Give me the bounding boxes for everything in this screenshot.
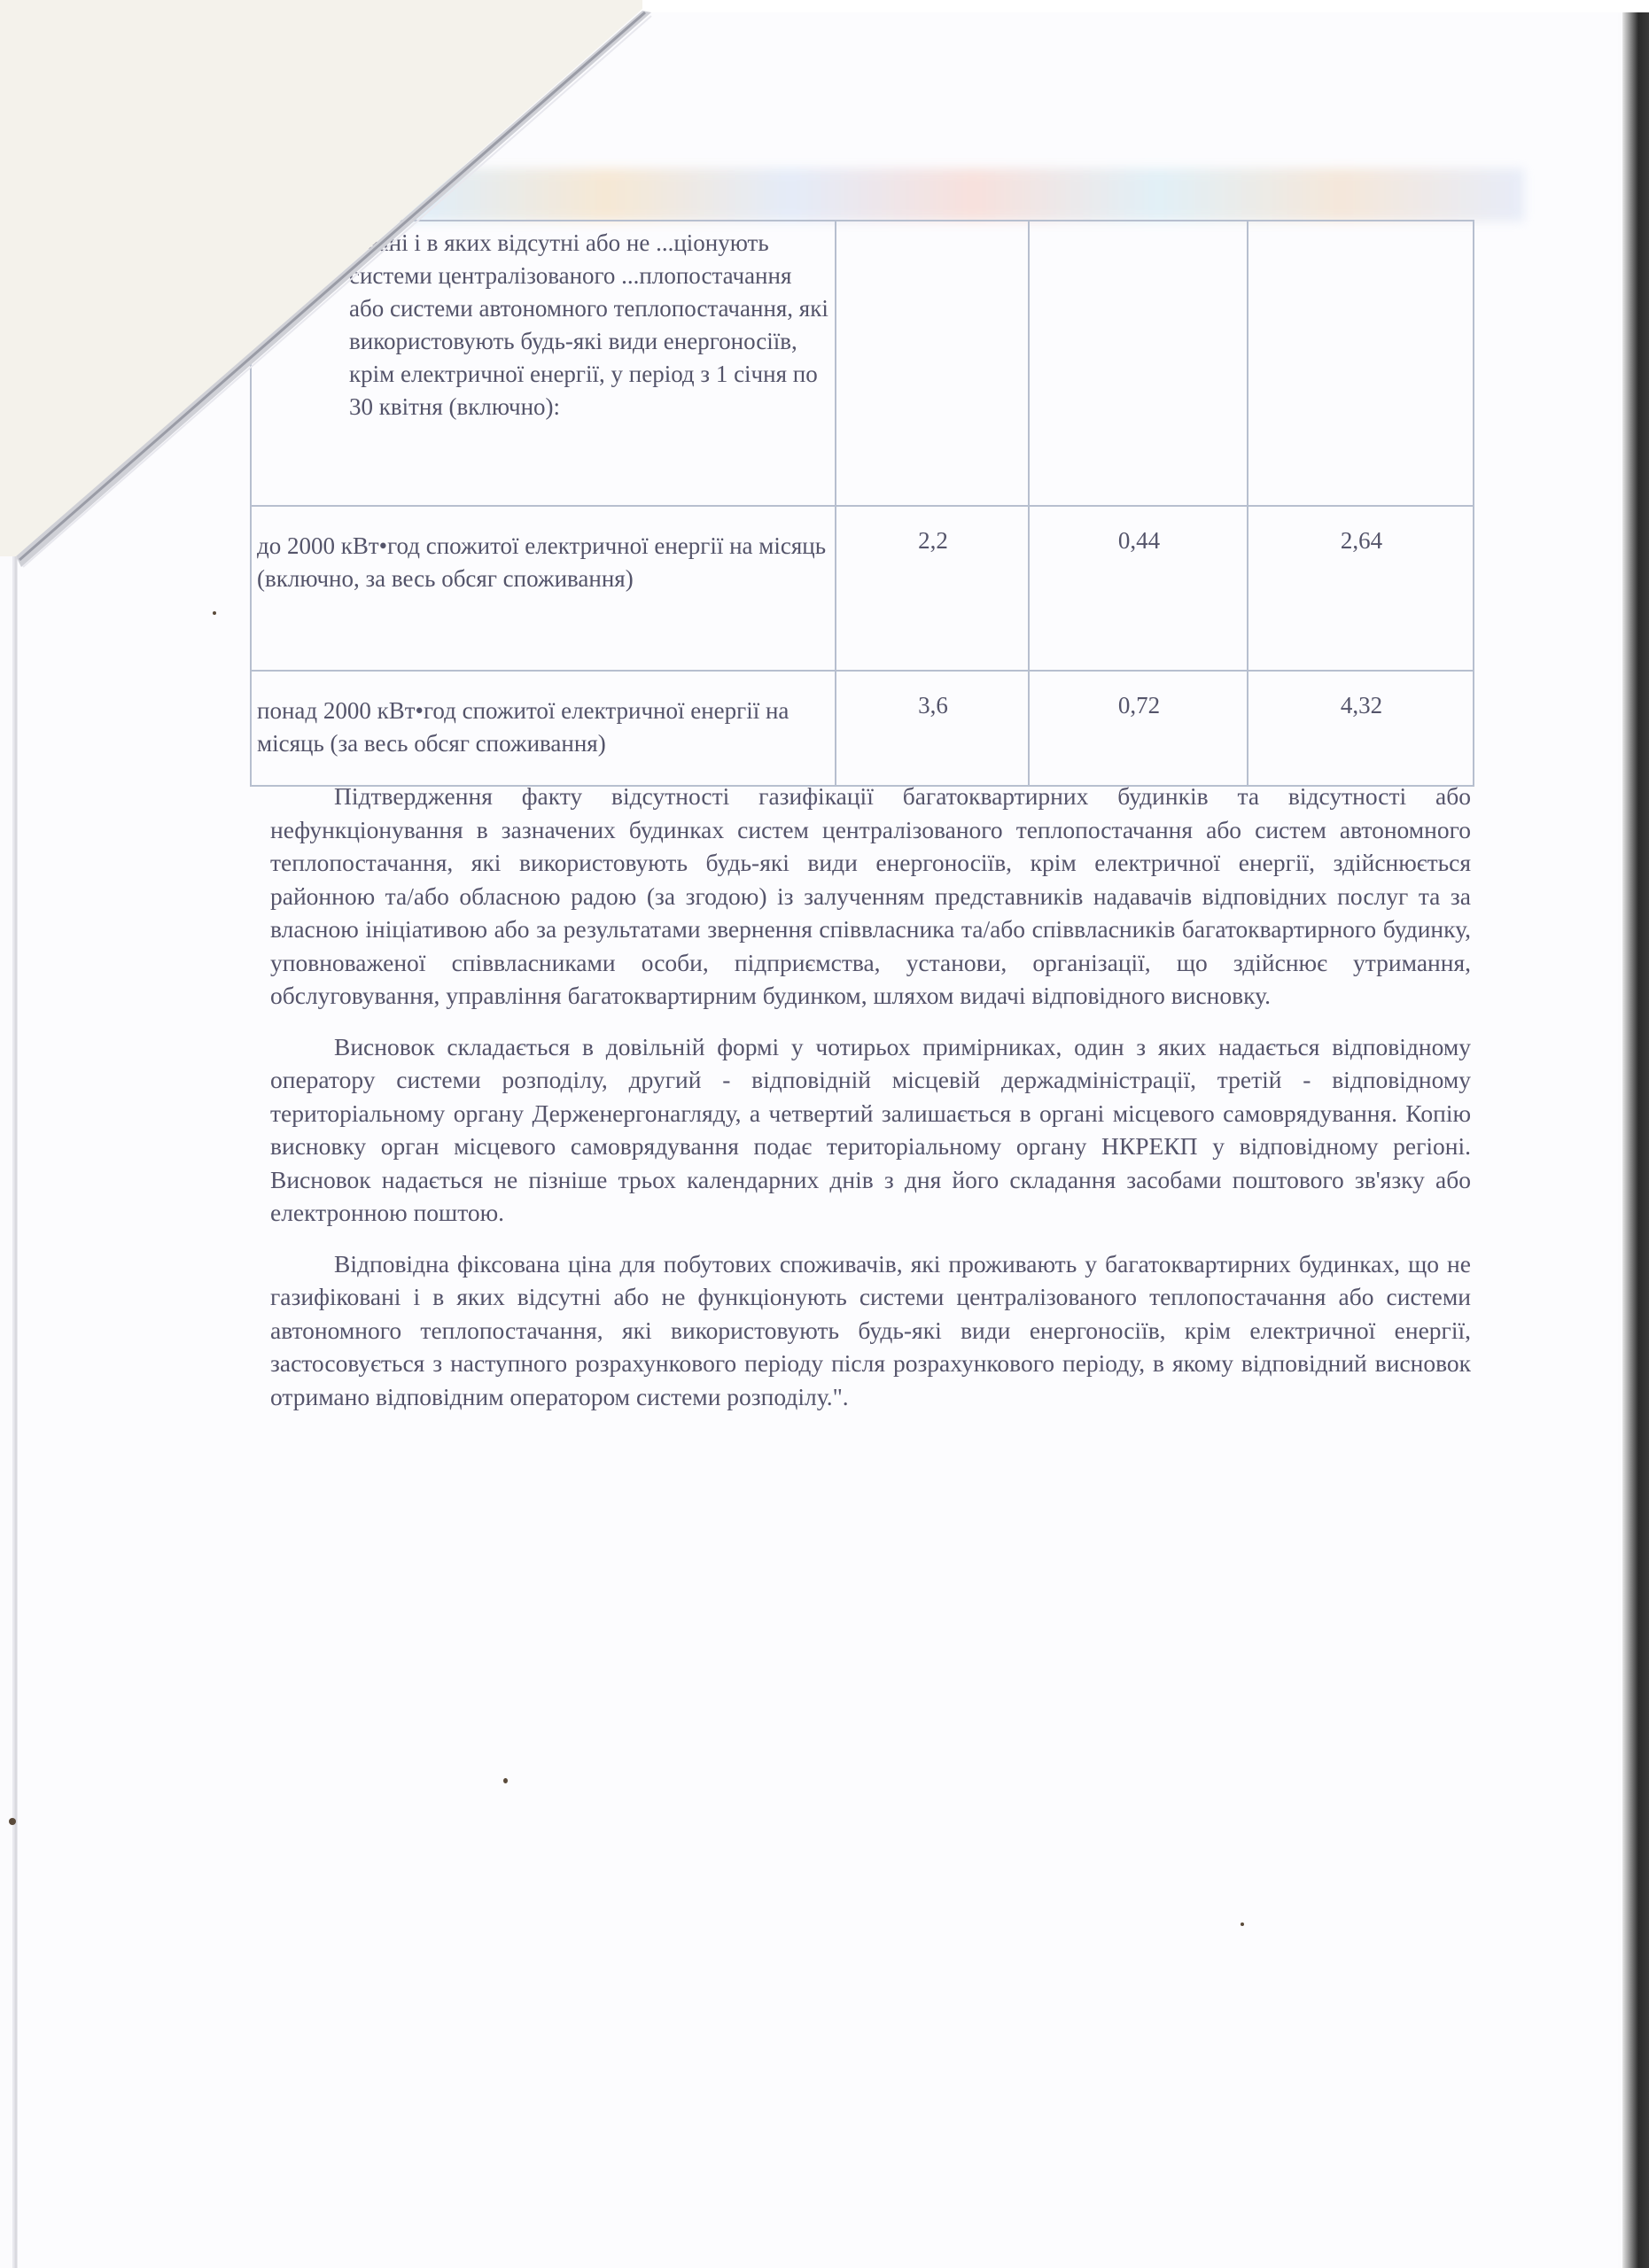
price-with-vat bbox=[1248, 221, 1474, 506]
table-row: до 2000 кВт•год спожитої електричної ене… bbox=[251, 506, 1474, 671]
print-through-band bbox=[239, 168, 1524, 221]
document-body: Підтвердження факту відсутності газифіка… bbox=[270, 780, 1471, 1431]
paragraph-confirmation: Підтвердження факту відсутності газифіка… bbox=[270, 780, 1471, 1013]
scanner-background-top bbox=[0, 0, 1649, 12]
scan-speck bbox=[9, 1818, 16, 1825]
vat-amount bbox=[1029, 221, 1248, 506]
vat-amount: 0,44 bbox=[1029, 506, 1248, 671]
vat-amount: 0,72 bbox=[1029, 671, 1248, 786]
price-without-vat bbox=[836, 221, 1029, 506]
scan-speck bbox=[213, 611, 216, 615]
scan-speck bbox=[503, 1778, 508, 1783]
table-row: понад 2000 кВт•год спожитої електричної … bbox=[251, 671, 1474, 786]
price-with-vat: 4,32 bbox=[1248, 671, 1474, 786]
tariff-table: ...вані і в яких відсутні або не ...ціон… bbox=[250, 220, 1474, 787]
row-description: до 2000 кВт•год спожитої електричної ене… bbox=[251, 506, 836, 671]
row-description: ...вані і в яких відсутні або не ...ціон… bbox=[251, 221, 836, 506]
scanner-edge-shadow bbox=[1622, 12, 1649, 2268]
price-without-vat: 3,6 bbox=[836, 671, 1029, 786]
paragraph-fixed-price: Відповідна фіксована ціна для побутових … bbox=[270, 1247, 1471, 1414]
table-row: ...вані і в яких відсутні або не ...ціон… bbox=[251, 221, 1474, 506]
row-description: понад 2000 кВт•год спожитої електричної … bbox=[251, 671, 836, 786]
scan-speck bbox=[1241, 1922, 1244, 1926]
price-with-vat: 2,64 bbox=[1248, 506, 1474, 671]
price-without-vat: 2,2 bbox=[836, 506, 1029, 671]
paragraph-conclusion-copies: Висновок складається в довільній формі у… bbox=[270, 1030, 1471, 1230]
